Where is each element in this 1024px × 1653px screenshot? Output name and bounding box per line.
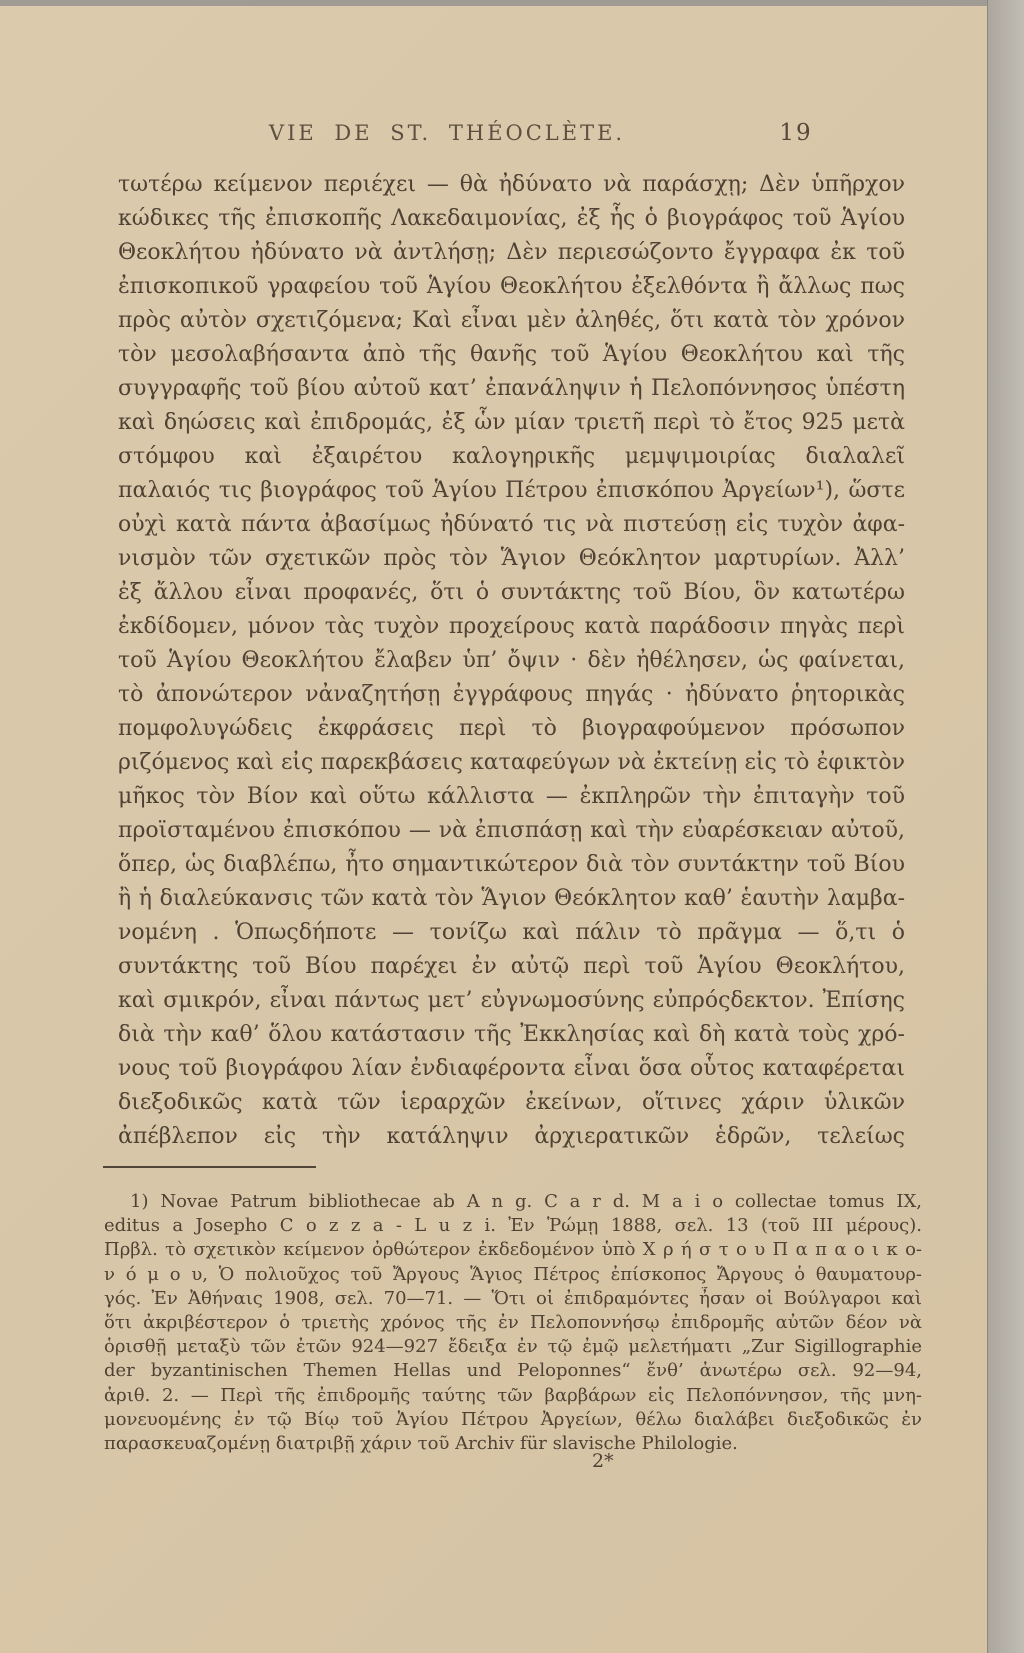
footnote-line: παρασκευαζομένῃ διατριβῇ χάριν τοῦ Archi… bbox=[104, 1432, 922, 1456]
body-line: παλαιός τις βιογράφος τοῦ Ἁγίου Πέτρου ἐ… bbox=[118, 474, 905, 508]
body-line: διεξοδικῶς κατὰ τῶν ἱεραρχῶν ἐκείνων, οἵ… bbox=[118, 1086, 905, 1120]
body-line: πομφολυγώδεις ἐκφράσεις περὶ τὸ βιογραφο… bbox=[118, 712, 905, 746]
body-line: ἐκδίδομεν, μόνον τὰς τυχὸν προχείρους κα… bbox=[118, 610, 905, 644]
body-line: συγγραφῆς τοῦ βίου αὐτοῦ κατ’ ἐπανάληψιν… bbox=[118, 372, 905, 406]
page-number: 19 bbox=[779, 120, 812, 146]
signature-mark: 2* bbox=[592, 1450, 614, 1472]
body-line: στόμφου καὶ ἐξαιρέτου καλογηρικῆς μεμψιμ… bbox=[118, 440, 905, 474]
footnote-block: 1) Novae Patrum bibliothecae ab A n g. C… bbox=[104, 1190, 922, 1456]
body-line: κώδικες τῆς ἐπισκοπῆς Λακεδαιμονίας, ἐξ … bbox=[118, 202, 905, 236]
body-line: συντάκτης τοῦ Βίου παρέχει ἐν αὐτῷ περὶ … bbox=[118, 950, 905, 984]
footnote-line: der byzantinischen Themen Hellas und Pel… bbox=[104, 1359, 922, 1383]
body-line: νομένη . Ὁπωςδήποτε — τονίζω καὶ πάλιν τ… bbox=[118, 916, 905, 950]
body-line: νισμὸν τῶν σχετικῶν πρὸς τὸν Ἅγιον Θεόκλ… bbox=[118, 542, 905, 576]
body-line: ἢ ἡ διαλεύκανσις τῶν κατὰ τὸν Ἅγιον Θεόκ… bbox=[118, 882, 905, 916]
footnote-line: Πρβλ. τὸ σχετικὸν κείμενον ὀρθώτερον ἐκδ… bbox=[104, 1238, 922, 1262]
footnote-line: μονευομένης ἐν τῷ Βίῳ τοῦ Ἁγίου Πέτρου Ἀ… bbox=[104, 1408, 922, 1432]
body-line: ἐξ ἄλλου εἶναι προφανές, ὅτι ὁ συντάκτης… bbox=[118, 576, 905, 610]
scan-edge-top bbox=[0, 0, 1024, 6]
body-line: τὸ ἀπονώτερον νἀναζητήσῃ ἐγγράφους πηγάς… bbox=[118, 678, 905, 712]
body-line: προϊσταμένου ἐπισκόπου — νὰ ἐπισπάσῃ καὶ… bbox=[118, 814, 905, 848]
body-line: νους τοῦ βιογράφου λίαν ἐνδιαφέροντα εἶν… bbox=[118, 1052, 905, 1086]
footnote-line: 1) Novae Patrum bibliothecae ab A n g. C… bbox=[104, 1190, 922, 1214]
body-line: ἐπισκοπικοῦ γραφείου τοῦ Ἁγίου Θεοκλήτου… bbox=[118, 270, 905, 304]
body-line: τὸν μεσολαβήσαντα ἀπὸ τῆς θανῆς τοῦ Ἁγίο… bbox=[118, 338, 905, 372]
body-line: ἀπέβλεπον εἰς τὴν κατάληψιν ἀρχιερατικῶν… bbox=[118, 1120, 905, 1154]
main-text-block: τωτέρω κείμενον περιέχει — θὰ ἠδύνατο νὰ… bbox=[118, 168, 905, 1154]
footnote-separator-rule bbox=[103, 1166, 316, 1168]
body-line: καὶ δηώσεις καὶ ἐπιδρομάς, ἐξ ὧν μίαν τρ… bbox=[118, 406, 905, 440]
scan-edge-right bbox=[987, 0, 1024, 1653]
footnote-line: editus a Josepho C o z z a - L u z i. Ἐν… bbox=[104, 1214, 922, 1238]
running-header-title: VIE DE ST. THÉOCLÈTE. bbox=[269, 121, 625, 145]
body-line: καὶ σμικρόν, εἶναι πάντως μετ’ εὐγνωμοσύ… bbox=[118, 984, 905, 1018]
body-line: ὅπερ, ὡς διαβλέπω, ἦτο σημαντικώτερον δι… bbox=[118, 848, 905, 882]
body-line: τοῦ Ἁγίου Θεοκλήτου ἔλαβεν ὑπ’ ὄψιν · δὲ… bbox=[118, 644, 905, 678]
footnote-line: γός. Ἐν Ἀθήναις 1908, σελ. 70—71. — Ὅτι … bbox=[104, 1287, 922, 1311]
body-line: οὐχὶ κατὰ πάντα ἀβασίμως ἠδύνατό τις νὰ … bbox=[118, 508, 905, 542]
footnote-line: ὁρισθῇ μεταξὺ τῶν ἐτῶν 924—927 ἔδειξα ἐν… bbox=[104, 1335, 922, 1359]
footnote-line: ν ό μ ο υ, Ὁ πολιοῦχος τοῦ Ἄργους Ἅγιος … bbox=[104, 1263, 922, 1287]
body-line: πρὸς αὐτὸν σχετιζόμενα; Καὶ εἶναι μὲν ἀλ… bbox=[118, 304, 905, 338]
body-line: τωτέρω κείμενον περιέχει — θὰ ἠδύνατο νὰ… bbox=[118, 168, 905, 202]
footnote-line: ὅτι ἀκριβέστερον ὁ τριετὴς χρόνος τῆς ἐν… bbox=[104, 1311, 922, 1335]
body-line: μῆκος τὸν Βίον καὶ οὕτω κάλλιστα — ἐκπλη… bbox=[118, 780, 905, 814]
body-line: ριζόμενος καὶ εἰς παρεκβάσεις καταφεύγων… bbox=[118, 746, 905, 780]
body-line: διὰ τὴν καθ’ ὅλου κατάστασιν τῆς Ἐκκλησί… bbox=[118, 1018, 905, 1052]
body-line: Θεοκλήτου ἠδύνατο νὰ ἀντλήσῃ; Δὲν περιεσ… bbox=[118, 236, 905, 270]
footnote-line: ἀριθ. 2. — Περὶ τῆς ἐπιδρομῆς ταύτης τῶν… bbox=[104, 1384, 922, 1408]
